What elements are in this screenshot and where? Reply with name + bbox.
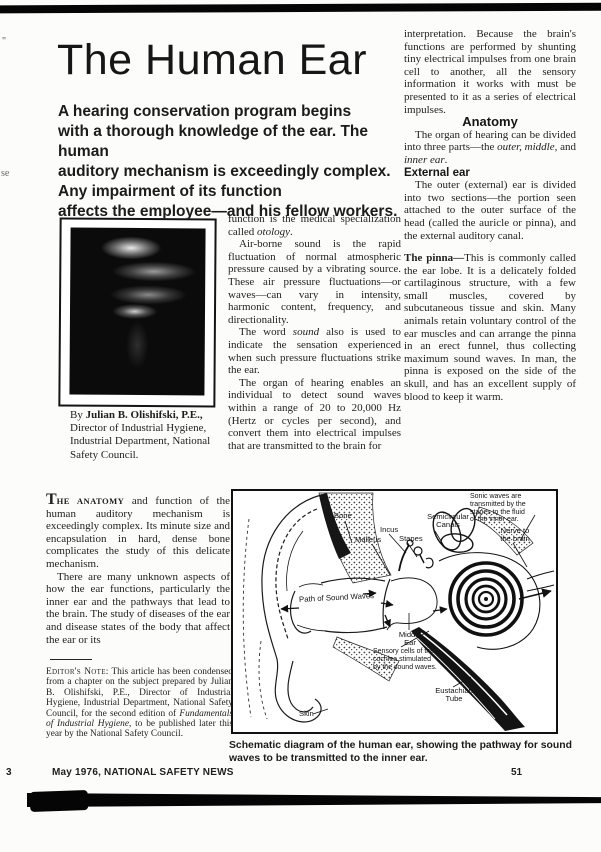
label-sensory-cells: Sensory cells of the cochlea stimulated … [373,648,457,671]
italic-term: otology [257,226,290,238]
paragraph: The outer (external) ear is divided into… [404,179,576,242]
footer-page-number: 51 [511,767,522,778]
label-skin: Skin [299,710,314,718]
external-ear-heading: External ear [404,167,576,180]
byline-role: Director of Industrial Hygiene, Industri… [70,422,210,460]
diagram-note: Sonic waves are transmitted by the stape… [470,493,556,524]
paragraph: THE ANATOMY and function of the human au… [46,494,230,571]
article-lead: A hearing conservation program begins wi… [58,102,403,222]
label-malleus: Malleus [355,536,381,544]
label-middle-ear: Middle Ear [393,631,427,648]
paragraph: The word sound also is used to indicate … [228,326,401,376]
scan-bottom-blob [30,790,89,812]
italic-term: sound [293,326,319,338]
cochlea [439,553,540,650]
smallcaps-lead: HE ANATOMY [57,496,125,506]
paragraph: There are many unknown aspects of how th… [46,571,230,647]
label-nerve-to-brain: Nerve to the brain [493,527,537,544]
paragraph-text: and function of the human auditory mecha… [46,495,230,570]
middle-ear-cavity [387,578,437,630]
magazine-page: " se The Human Ear A hearing conservatio… [0,0,601,852]
paragraph: interpretation. Because the brain's func… [404,28,576,116]
anatomy-heading: Anatomy [404,116,576,129]
left-column: THE ANATOMY and function of the human au… [46,494,230,646]
footer-journal-title: May 1976, NATIONAL SAFETY NEWS [52,767,234,778]
ear-photo-frame [58,217,216,407]
paragraph: The organ of hearing can be divided into… [404,129,576,167]
ear-canal [321,578,390,632]
label-semicircular-canals: Semicircular Canals [416,513,480,530]
footer-left-mark: 3 [6,767,12,778]
editor-note: Editor's Note: This article has been con… [46,667,233,740]
paragraph-text: and [557,141,576,153]
paragraph: The pinna—This is commonly called the ea… [404,252,576,403]
scan-top-bar [0,3,601,14]
right-column: interpretation. Because the brain's func… [404,28,576,403]
paragraph: Air-borne sound is the rapid fluctuation… [228,238,401,326]
editor-note-divider [50,659,92,660]
label-stapes: Stapes [399,535,423,543]
italic-term: outer, [497,141,522,153]
paragraph-text: The word [239,326,293,338]
dropcap: T [46,491,57,508]
paragraph-text: This is commonly called the ear lobe. It… [404,252,576,403]
label-eustachian-tube: Eustachian Tube [431,687,477,704]
paragraph-text: function is the medical specialization c… [228,213,401,238]
scan-edge-mark: " [2,36,6,47]
paragraph: The organ of hearing enables an individu… [228,377,401,453]
head-outline [243,519,267,719]
label-bone: Bone [334,512,352,520]
byline: By Julian B. Olishifski, P.E., Director … [70,409,222,462]
byline-author: Julian B. Olishifski, P.E., [86,409,203,421]
editor-note-label: Editor's Note: [46,667,109,677]
scan-bottom-bar [27,793,601,807]
page-title: The Human Ear [57,36,367,85]
paragraph-text: . [290,226,293,238]
label-incus: Incus [380,526,398,534]
paragraph-text: . [445,154,448,166]
byline-prefix: By [70,409,86,421]
diagram-caption: Schematic diagram of the human ear, show… [229,739,579,765]
middle-column: function is the medical specialization c… [228,213,401,452]
italic-term: inner ear [404,154,445,166]
italic-term: middle, [525,141,558,153]
scan-edge-mark: se [1,168,9,179]
ear-anatomy-diagram: Sonic waves are transmitted by the stape… [231,489,558,734]
bold-lead-in: The pinna— [404,252,464,264]
paragraph: function is the medical specialization c… [228,213,401,238]
ear-photo [69,228,205,396]
